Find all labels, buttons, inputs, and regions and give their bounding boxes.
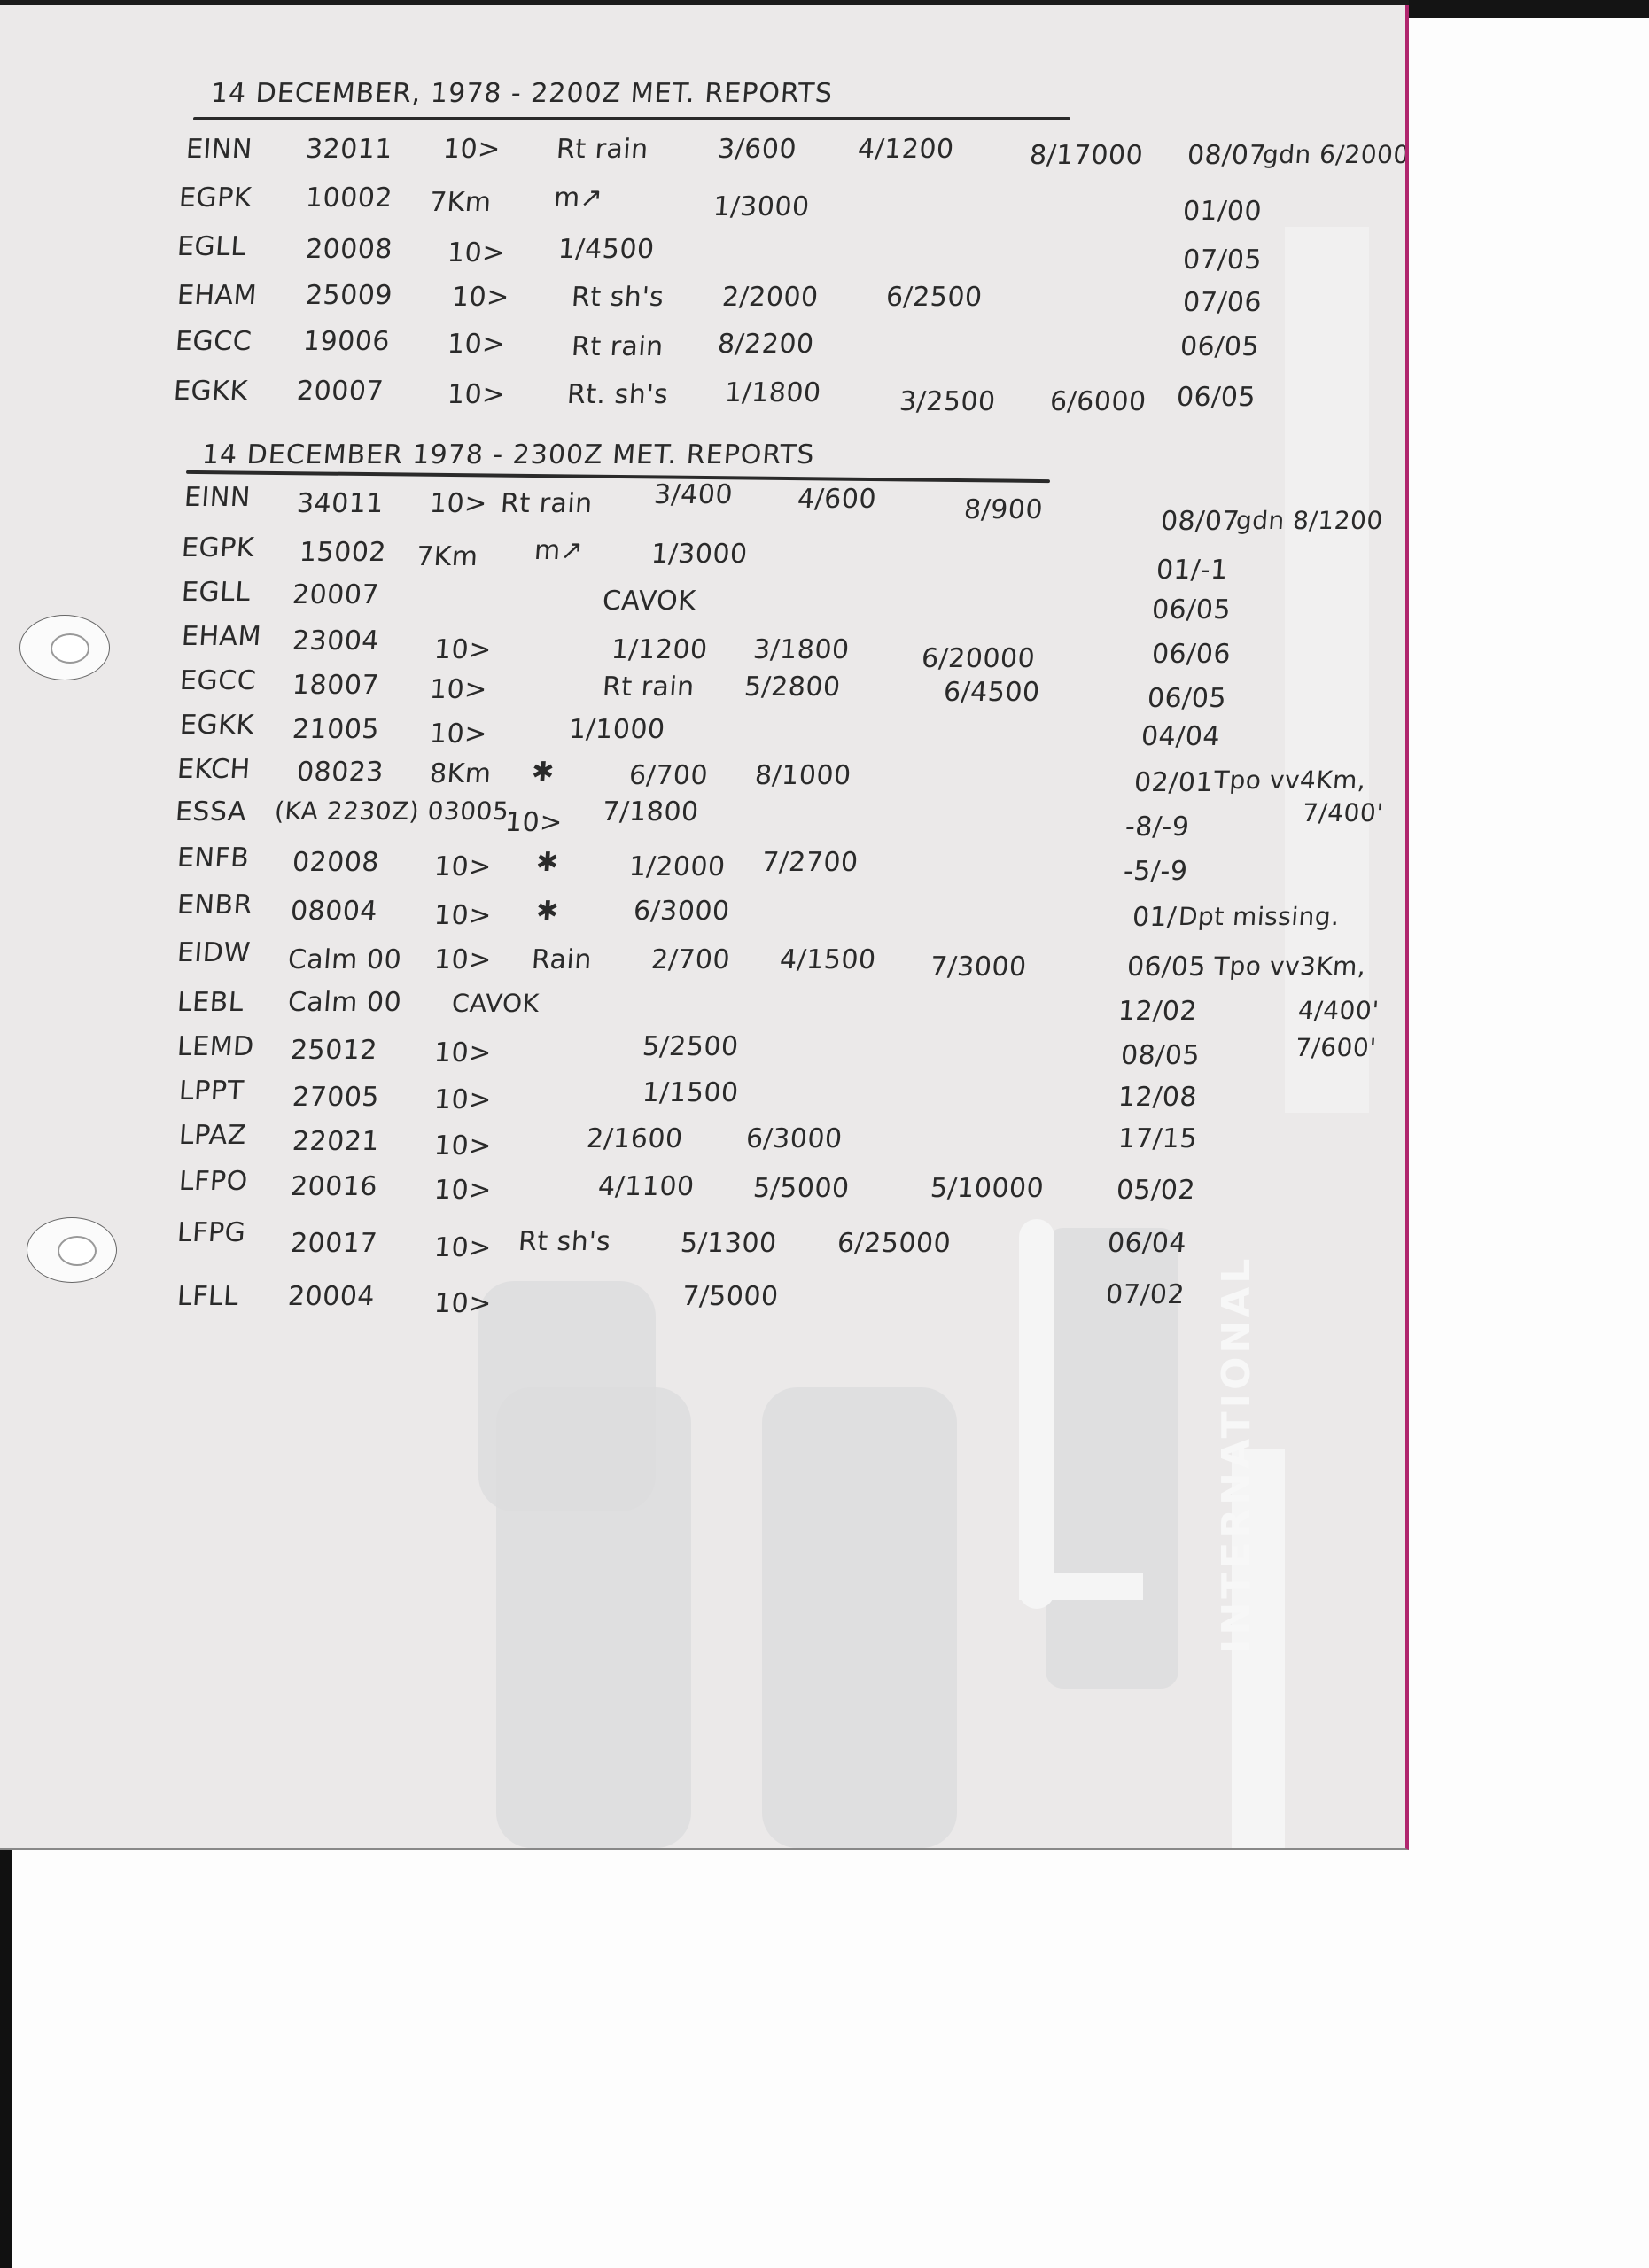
wind: 25012	[290, 1035, 378, 1066]
section-title-2300z: 14 DECEMBER 1978 - 2300Z MET. REPORTS	[201, 439, 816, 470]
station-code: EINN	[183, 482, 252, 513]
station-code: EGPK	[181, 532, 255, 563]
temp-dewpoint: 05/02	[1116, 1175, 1196, 1206]
wind: 20008	[305, 234, 393, 265]
visibility: 10>	[433, 900, 493, 931]
cloud-layer: 6/4500	[943, 677, 1041, 708]
cloud-layer: 1/1000	[568, 714, 666, 745]
station-code: EGKK	[179, 710, 255, 741]
cloud-layer: 1/3000	[712, 191, 811, 222]
wind: 08023	[296, 757, 385, 788]
cloud-layer: 2/1600	[586, 1123, 684, 1154]
cloud-layer: 5/2500	[642, 1031, 740, 1062]
station-code: EHAM	[181, 621, 262, 652]
wind: 10002	[305, 183, 393, 214]
cloud-layer: 1/1200	[611, 634, 709, 665]
station-code: EGKK	[173, 376, 249, 407]
document-sheet: INTERNATIONAL 14 DECEMBER, 1978 - 2200Z …	[0, 5, 1409, 1850]
remarks-continued: 7/400'	[1302, 798, 1385, 827]
wind: 19006	[302, 326, 391, 357]
station-code: EGLL	[181, 577, 252, 608]
weather: Rt rain	[571, 331, 665, 362]
snow-symbol-icon: ✱	[535, 847, 560, 878]
title-underline	[193, 117, 1070, 120]
mist-symbol-icon: m↗	[553, 183, 604, 214]
temp-dewpoint: 06/05	[1151, 594, 1232, 625]
temp-dewpoint: 08/05	[1120, 1040, 1201, 1071]
watermark-shape	[762, 1387, 957, 1848]
station-code: EINN	[185, 134, 253, 165]
weather: Rain	[531, 944, 593, 975]
station-code: LPAZ	[178, 1120, 247, 1151]
visibility: CAVOK	[451, 989, 541, 1018]
cloud-layer: 8/900	[963, 494, 1044, 525]
wind: 18007	[292, 670, 380, 701]
wind: 08004	[290, 896, 378, 927]
station-code: EHAM	[176, 280, 258, 311]
station-code: EKCH	[176, 754, 252, 785]
visibility: 10>	[433, 1037, 493, 1068]
cloud-layer: 3/400	[653, 479, 734, 510]
visibility: 10>	[504, 807, 564, 838]
temp-dewpoint: 02/01	[1133, 767, 1214, 798]
cloud-layer: 1/3000	[650, 539, 749, 570]
wind: 27005	[292, 1082, 380, 1113]
visibility: 10>	[429, 718, 488, 750]
wind: 20007	[296, 376, 385, 407]
weather: Rt. sh's	[566, 379, 670, 410]
station-code: ENBR	[176, 889, 253, 920]
temp-dewpoint: -8/-9	[1124, 812, 1191, 843]
wind: 32011	[305, 134, 393, 165]
wind: Calm 00	[287, 944, 403, 975]
station-code: LFPO	[178, 1166, 249, 1197]
temp-dewpoint: 01/	[1132, 902, 1178, 933]
cloud-layer: 3/2500	[898, 386, 997, 417]
temp-dewpoint: 06/05	[1126, 951, 1207, 983]
visibility: 10>	[433, 1084, 493, 1115]
wind: 22021	[292, 1126, 380, 1157]
cloud-layer: 6/700	[628, 760, 709, 791]
snow-symbol-icon: ✱	[535, 896, 560, 927]
watermark-frame	[1019, 1573, 1143, 1600]
cloud-layer: 1/2000	[628, 851, 727, 882]
scanner-edge-top-right	[1409, 0, 1649, 18]
station-code: LEMD	[176, 1031, 255, 1062]
wind: 34011	[296, 488, 385, 519]
binder-hole-bottom	[27, 1217, 117, 1283]
temp-dewpoint: 06/05	[1147, 683, 1227, 714]
visibility: 10>	[433, 1232, 493, 1263]
wind: 20004	[287, 1281, 376, 1312]
temp-dewpoint: 07/06	[1182, 287, 1263, 318]
temp-dewpoint: 06/04	[1107, 1228, 1187, 1259]
station-code: EGPK	[178, 183, 253, 214]
cloud-layer: 6/6000	[1049, 386, 1147, 417]
watermark-shape	[496, 1387, 691, 1848]
temp-dewpoint: 06/05	[1176, 382, 1256, 413]
cloud-layer: 5/10000	[930, 1173, 1046, 1204]
binder-hole-top	[19, 615, 110, 680]
remarks: gdn 6/2000	[1262, 140, 1409, 169]
cloud-layer: 7/5000	[681, 1281, 780, 1312]
station-code: EGCC	[179, 665, 258, 696]
weather: Rt rain	[556, 134, 649, 165]
station-code: EIDW	[176, 937, 252, 968]
cloud-layer: 6/3000	[745, 1123, 844, 1154]
visibility: 10>	[433, 1175, 493, 1206]
cloud-layer: 3/600	[717, 134, 797, 165]
wind: 02008	[292, 847, 380, 878]
cloud-layer: 7/1800	[602, 796, 700, 827]
visibility: 10>	[447, 329, 506, 360]
visibility: 10>	[433, 851, 493, 882]
wind: Calm 00	[287, 987, 403, 1018]
visibility: 7Km	[429, 187, 493, 218]
cloud-layer: 5/1300	[680, 1228, 778, 1259]
section-title-2200z: 14 DECEMBER, 1978 - 2200Z MET. REPORTS	[210, 78, 834, 109]
temp-dewpoint: 08/07	[1186, 140, 1267, 171]
weather: CAVOK	[602, 586, 697, 617]
cloud-layer: 7/2700	[761, 847, 860, 878]
cloud-layer: 3/1800	[752, 634, 851, 665]
cloud-layer: 5/5000	[752, 1173, 851, 1204]
cloud-layer: 6/25000	[836, 1228, 953, 1259]
temp-dewpoint: 08/07	[1160, 506, 1241, 537]
snow-symbol-icon: ✱	[531, 757, 556, 788]
visibility: 10>	[429, 674, 488, 705]
mist-symbol-icon: m↗	[533, 535, 585, 566]
remarks: Dpt missing.	[1178, 902, 1341, 931]
cloud-layer: 4/600	[797, 484, 877, 515]
visibility: 7Km	[416, 541, 479, 572]
visibility: 10>	[442, 134, 502, 165]
cloud-layer: 1/1500	[642, 1077, 740, 1108]
visibility: 10>	[447, 379, 506, 410]
visibility: 10>	[433, 1130, 493, 1161]
weather: Rt sh's	[571, 282, 665, 313]
station-code: LFLL	[176, 1281, 240, 1312]
cloud-layer: 4/1100	[597, 1171, 696, 1202]
wind: 21005	[292, 714, 380, 745]
temp-dewpoint: 04/04	[1140, 721, 1221, 752]
visibility: 10>	[447, 237, 506, 268]
wind: 15002	[299, 537, 387, 568]
weather: Rt rain	[500, 488, 594, 519]
station-code: LPPT	[178, 1076, 245, 1107]
station-code: EGCC	[175, 326, 253, 357]
remarks: Tpo vv3Km,	[1213, 951, 1367, 981]
wind: 20007	[292, 579, 380, 610]
cloud-layer: 4/1500	[779, 944, 877, 975]
title-underline	[186, 470, 1050, 483]
cloud-layer: 8/1000	[754, 760, 852, 791]
cloud-layer: 7/3000	[930, 951, 1028, 983]
temp-dewpoint: -5/-9	[1123, 856, 1189, 887]
station-code: LEBL	[176, 987, 245, 1018]
temp-dewpoint: 07/02	[1105, 1279, 1186, 1310]
station-code: EGLL	[176, 231, 247, 262]
wind: (KA 2230Z) 03005	[274, 796, 509, 826]
cloud-layer: 1/4500	[557, 234, 656, 265]
watermark-frame	[1019, 1219, 1054, 1609]
visibility: 10>	[433, 1288, 493, 1319]
cloud-layer: 5/2800	[743, 672, 842, 703]
weather: Rt rain	[602, 672, 696, 703]
wind: 23004	[292, 625, 380, 656]
temp-dewpoint: 12/08	[1117, 1082, 1198, 1113]
cloud-layer: 1/1800	[724, 377, 822, 408]
temp-dewpoint: 17/15	[1117, 1123, 1198, 1154]
scanner-edge-left	[0, 1847, 12, 2268]
cloud-layer: 8/2200	[717, 329, 815, 360]
temp-dewpoint: 12/02	[1117, 996, 1198, 1027]
cloud-layer: 6/3000	[633, 896, 731, 927]
temp-dewpoint: 01/00	[1182, 196, 1263, 227]
cloud-layer: 6/2500	[885, 282, 984, 313]
visibility: 10>	[433, 634, 493, 665]
cloud-layer: 4/1200	[857, 134, 955, 165]
visibility: 8Km	[429, 758, 493, 789]
weather: Rt sh's	[517, 1226, 612, 1257]
cloud-layer: 6/20000	[921, 643, 1037, 674]
station-code: ENFB	[176, 843, 251, 874]
temp-dewpoint: 07/05	[1182, 245, 1263, 276]
visibility: 10>	[433, 944, 493, 975]
station-code: ESSA	[175, 796, 248, 827]
wind: 20016	[290, 1171, 378, 1202]
temp-dewpoint: 06/05	[1179, 331, 1260, 362]
remarks: Tpo vv4Km,	[1213, 765, 1367, 795]
station-code: LFPG	[176, 1217, 247, 1248]
visibility: 10>	[451, 282, 510, 313]
visibility: 10>	[429, 488, 488, 519]
temp-dewpoint: 01/-1	[1155, 555, 1229, 586]
cloud-layer: 8/17000	[1029, 140, 1145, 171]
watermark-text: INTERNATIONAL	[1214, 1192, 1267, 1653]
wind: 25009	[305, 280, 393, 311]
temp-dewpoint: 06/06	[1151, 639, 1232, 670]
remarks-continued: 4/400'	[1297, 996, 1381, 1025]
remarks: gdn 8/1200	[1235, 506, 1384, 535]
wind: 20017	[290, 1228, 378, 1259]
remarks-continued: 7/600'	[1295, 1033, 1378, 1062]
cloud-layer: 2/700	[650, 944, 731, 975]
cloud-layer: 2/2000	[721, 282, 820, 313]
